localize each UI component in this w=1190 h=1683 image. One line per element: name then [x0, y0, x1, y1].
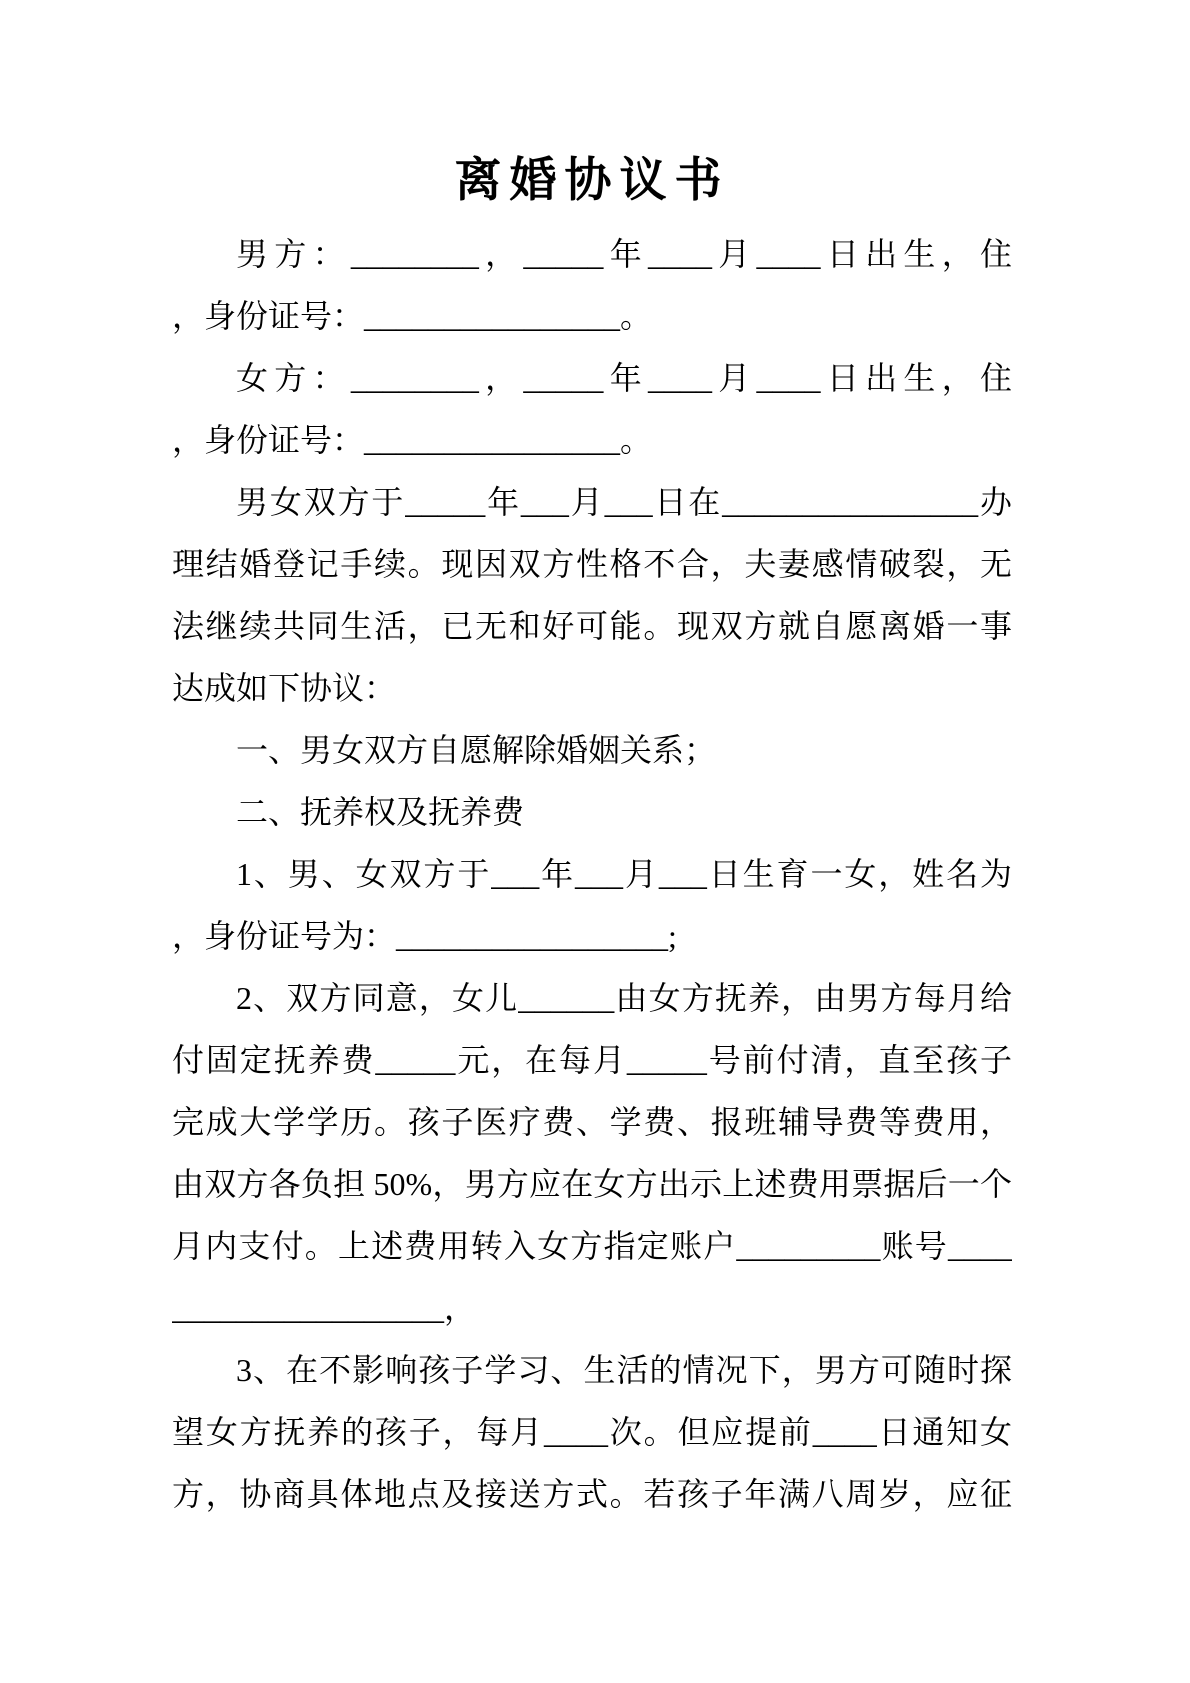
doc-line: ，身份证号为：_________________;	[172, 905, 1012, 967]
doc-line: 男女双方于_____年___月___日在________________办	[172, 471, 1012, 533]
doc-line: 2、双方同意，女儿______由女方抚养，由男方每月给	[172, 967, 1012, 1029]
doc-line: 二、抚养权及抚养费	[172, 781, 1012, 843]
doc-line: 女方：________，_____年____月____日出生，住	[172, 347, 1012, 409]
document-page: 离婚协议书 男方：________，_____年____月____日出生，住 ，…	[0, 0, 1190, 1683]
doc-line: 方，协商具体地点及接送方式。若孩子年满八周岁，应征	[172, 1463, 1012, 1525]
doc-line: 由双方各负担 50%，男方应在女方出示上述费用票据后一个	[172, 1153, 1012, 1215]
doc-line: 望女方抚养的孩子，每月____次。但应提前____日通知女	[172, 1401, 1012, 1463]
doc-line: 男方：________，_____年____月____日出生，住	[172, 223, 1012, 285]
doc-line: _________________，	[172, 1277, 1012, 1339]
doc-line: 理结婚登记手续。现因双方性格不合，夫妻感情破裂，无	[172, 533, 1012, 595]
doc-line: ，身份证号：________________。	[172, 409, 1012, 471]
doc-line: ，身份证号：________________。	[172, 285, 1012, 347]
doc-line: 1、男、女双方于___年___月___日生育一女，姓名为	[172, 843, 1012, 905]
doc-line: 付固定抚养费_____元，在每月_____号前付清，直至孩子	[172, 1029, 1012, 1091]
document-body: 男方：________，_____年____月____日出生，住 ，身份证号：_…	[172, 223, 1012, 1525]
doc-line: 3、在不影响孩子学习、生活的情况下，男方可随时探	[172, 1339, 1012, 1401]
doc-line: 完成大学学历。孩子医疗费、学费、报班辅导费等费用，	[172, 1091, 1012, 1153]
doc-line: 一、男女双方自愿解除婚姻关系；	[172, 719, 1012, 781]
document-title: 离婚协议书	[172, 148, 1012, 214]
document-content: 离婚协议书 男方：________，_____年____月____日出生，住 ，…	[172, 0, 1012, 1525]
doc-line: 月内支付。上述费用转入女方指定账户_________账号____	[172, 1215, 1012, 1277]
doc-line: 法继续共同生活，已无和好可能。现双方就自愿离婚一事	[172, 595, 1012, 657]
doc-line: 达成如下协议：	[172, 657, 1012, 719]
